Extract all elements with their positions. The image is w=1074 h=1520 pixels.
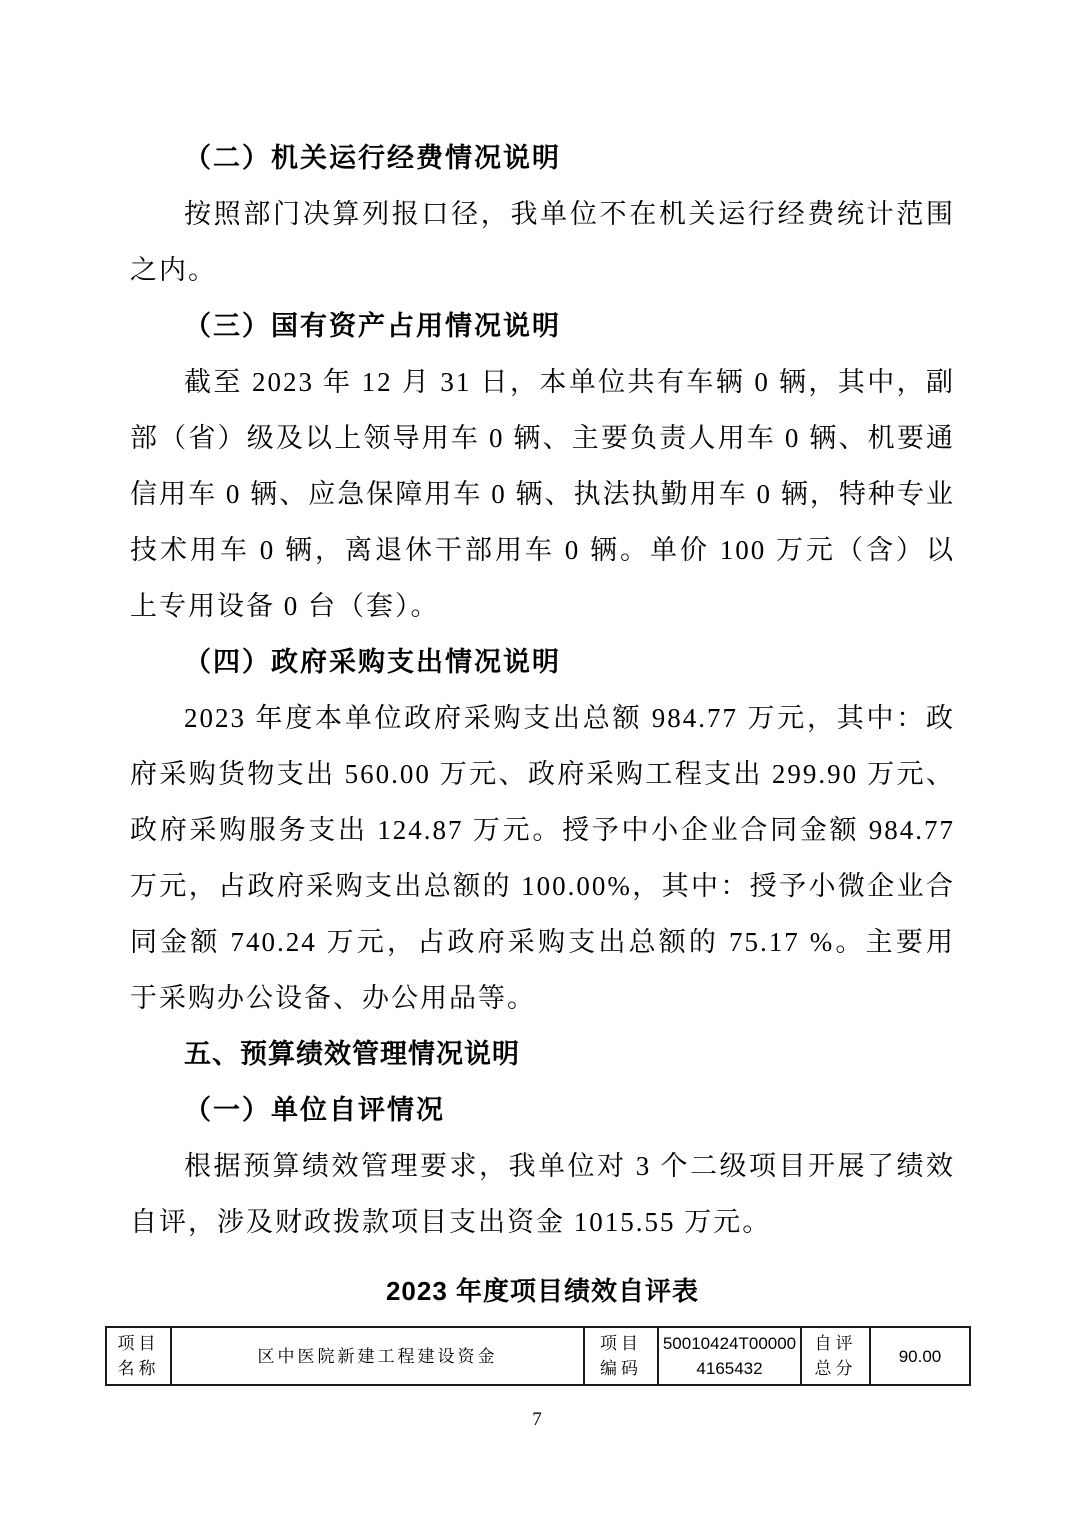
section-4-heading: （四）政府采购支出情况说明	[130, 634, 955, 690]
self-evaluation-table: 项目名称 区中医院新建工程建设资金 项目编码 50010424T00000416…	[105, 1326, 971, 1386]
project-code-cell: 50010424T000004165432	[658, 1327, 801, 1385]
project-name-cell: 区中医院新建工程建设资金	[171, 1327, 584, 1385]
project-code-label-cell: 项目编码	[584, 1327, 658, 1385]
self-score-cell: 90.00	[870, 1327, 970, 1385]
table-row: 项目名称 区中医院新建工程建设资金 项目编码 50010424T00000416…	[106, 1327, 970, 1385]
section-5-sub-1-paragraph: 根据预算绩效管理要求，我单位对 3 个二级项目开展了绩效自评，涉及财政拨款项目支…	[130, 1138, 955, 1250]
document-page: （二）机关运行经费情况说明 按照部门决算列报口径，我单位不在机关运行经费统计范围…	[0, 0, 1074, 1520]
section-2-paragraph: 按照部门决算列报口径，我单位不在机关运行经费统计范围之内。	[130, 186, 955, 298]
section-4-paragraph: 2023 年度本单位政府采购支出总额 984.77 万元，其中：政府采购货物支出…	[130, 690, 955, 1026]
project-code-label: 项目编码	[600, 1331, 642, 1381]
self-score-label-cell: 自评总分	[801, 1327, 870, 1385]
project-name-label-cell: 项目名称	[106, 1327, 171, 1385]
project-name-label: 项目名称	[118, 1331, 160, 1381]
section-5-heading: 五、预算绩效管理情况说明	[130, 1026, 955, 1082]
self-eval-table-title: 2023 年度项目绩效自评表	[130, 1276, 955, 1306]
section-3-paragraph: 截至 2023 年 12 月 31 日，本单位共有车辆 0 辆，其中，副部（省）…	[130, 354, 955, 634]
section-3-heading: （三）国有资产占用情况说明	[130, 298, 955, 354]
page-number: 7	[119, 1408, 955, 1432]
self-score-label: 自评总分	[815, 1331, 857, 1381]
section-2-heading: （二）机关运行经费情况说明	[130, 130, 955, 186]
section-5-sub-1-heading: （一）单位自评情况	[130, 1082, 955, 1138]
